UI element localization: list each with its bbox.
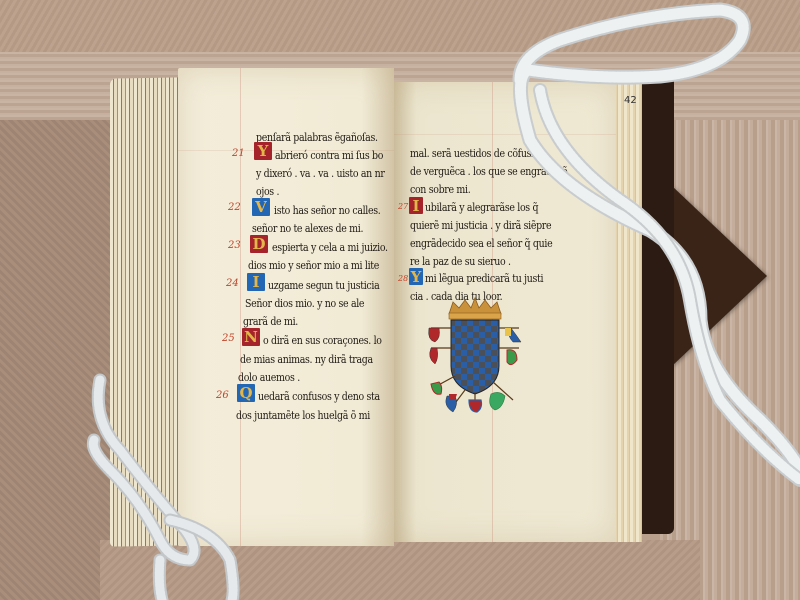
coat-of-arms-illumination (425, 296, 525, 414)
verse-number: 22 (228, 202, 241, 213)
text-line: dolo auemos . (238, 370, 300, 384)
illuminated-initial: I (409, 197, 423, 214)
text-line: ojos . (256, 184, 279, 198)
verse-number: 28 (398, 274, 408, 283)
open-manuscript-book: 42 penſarã palabras ẽgañoſas. 21 Y abrie… (0, 0, 800, 600)
text-line: de verguẽca . los que se engrãdecẽ (410, 164, 567, 178)
text-line: o dirã en sus coraçones. lo (263, 333, 382, 347)
text-line: espierta y cela a mi juizio. (272, 240, 388, 254)
verse-number: 25 (222, 333, 235, 344)
verse-number: 27 (398, 202, 408, 211)
leather-back-cover (640, 72, 674, 534)
text-line: dios mio y señor mio a mi lite (248, 258, 379, 272)
text-line: uedarã confusos y deno sta (258, 389, 380, 403)
text-line: grarã de mi. (243, 314, 298, 328)
margin-ruling (240, 68, 241, 546)
text-line: isto has señor no calles. (274, 203, 380, 217)
page-edges-right (612, 84, 642, 542)
top-ruling (394, 134, 616, 135)
text-line: ubilarã y alegrarãse los q̃ (425, 200, 538, 214)
text-line: y dixeró . va . va . uisto an nr (256, 166, 385, 180)
text-line: con sobre mi. (410, 182, 470, 196)
text-line: re la paz de su sieruo . (410, 254, 511, 268)
text-line: mi lẽgua predicarã tu justi (425, 271, 543, 285)
verse-number: 23 (228, 240, 241, 251)
text-line: mal. serã uestidos de cõfusiõ (410, 146, 539, 160)
leather-flap (672, 186, 767, 366)
text-line: engrãdecido sea el señor q̃ quie (410, 236, 552, 250)
text-line: abrieró contra mi ſus bo (275, 148, 383, 162)
illuminated-initial: N (242, 328, 260, 346)
illuminated-initial: Y (409, 268, 423, 285)
text-line: penſarã palabras ẽgañoſas. (256, 130, 378, 144)
text-line: quierẽ mi justicia . y dirã siẽpre (410, 218, 551, 232)
illuminated-initial: Y (254, 142, 272, 160)
text-line: señor no te alexes de mi. (252, 221, 363, 235)
text-line: uzgame segun tu justicia (268, 278, 379, 292)
verse-number: 26 (216, 390, 229, 401)
page-edges-left (110, 77, 182, 546)
text-line: de mias animas. ny dirã traga (240, 352, 373, 366)
folio-number: 42 (624, 95, 637, 106)
illuminated-initial: I (247, 273, 265, 291)
illuminated-initial: V (252, 198, 270, 216)
text-line: dos juntamẽte los huelgã õ mi (236, 408, 370, 422)
verse-number: 21 (232, 148, 245, 159)
text-line: Señor dios mio. y no se ale (245, 296, 364, 310)
illuminated-initial: Q (237, 384, 255, 402)
illuminated-initial: D (250, 235, 268, 253)
verse-number: 24 (226, 278, 239, 289)
